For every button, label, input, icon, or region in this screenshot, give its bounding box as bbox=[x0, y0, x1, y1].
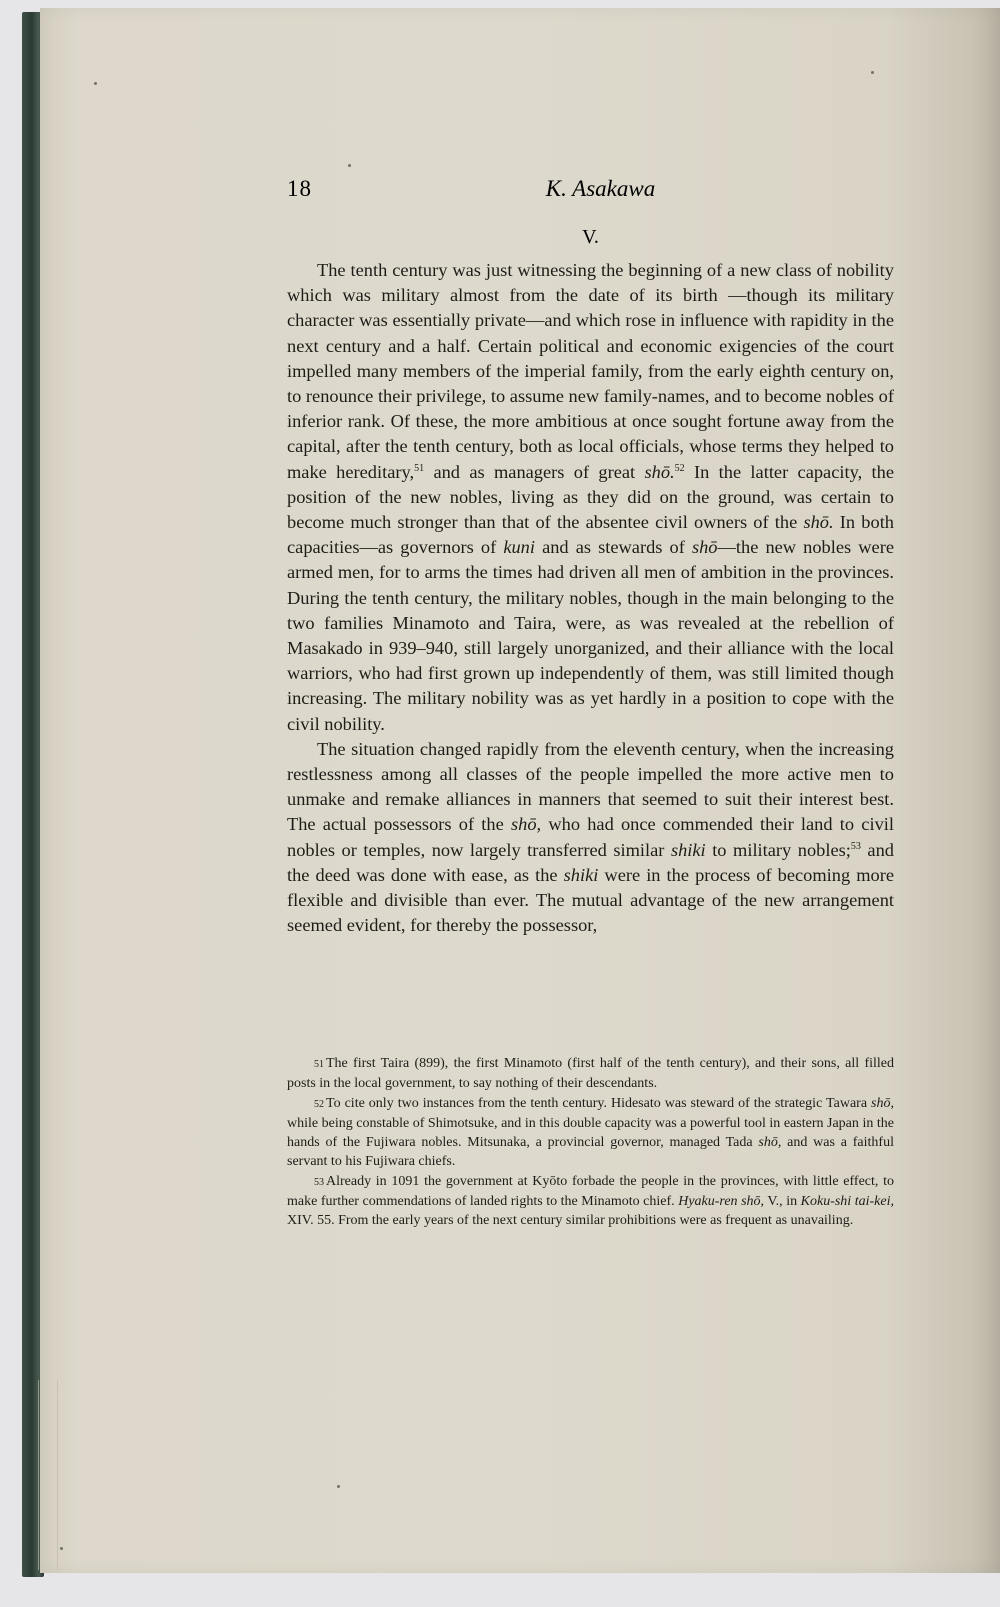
section-heading: V. bbox=[287, 226, 894, 249]
italic-term: Hyaku-ren shō, bbox=[678, 1194, 764, 1209]
paper-speck bbox=[337, 1485, 340, 1488]
paper-speck bbox=[348, 164, 351, 167]
italic-term: shiki bbox=[564, 865, 599, 885]
italic-term: shō bbox=[692, 537, 718, 557]
footnote-reference: 52 bbox=[675, 463, 685, 474]
footnote: 52To cite only two instances from the te… bbox=[287, 1094, 894, 1172]
body-text: The tenth century was just witnessing th… bbox=[287, 258, 894, 938]
paper-speck bbox=[94, 82, 97, 85]
body-paragraph: The tenth century was just witnessing th… bbox=[287, 258, 894, 737]
italic-term: shō. bbox=[803, 512, 833, 532]
footnote-number: 53 bbox=[314, 1177, 324, 1188]
page-header: 18 K. Asakawa bbox=[287, 176, 894, 206]
footnote-reference: 51 bbox=[414, 463, 424, 474]
italic-term: kuni bbox=[503, 537, 535, 557]
italic-term: shō, bbox=[758, 1135, 781, 1150]
footnote: 53Already in 1091 the government at Kyōt… bbox=[287, 1172, 894, 1231]
page-edges bbox=[38, 1380, 58, 1570]
italic-term: shō. bbox=[645, 462, 675, 482]
footnotes: 51The first Taira (899), the first Minam… bbox=[287, 1054, 894, 1231]
body-paragraph: The situation changed rapidly from the e… bbox=[287, 737, 894, 939]
paper-speck bbox=[871, 71, 874, 74]
footnote: 51The first Taira (899), the first Minam… bbox=[287, 1054, 894, 1094]
footnote-reference: 53 bbox=[851, 841, 861, 852]
running-head-author: K. Asakawa bbox=[287, 176, 894, 202]
italic-term: shiki bbox=[671, 840, 706, 860]
footnote-number: 51 bbox=[314, 1059, 324, 1070]
italic-term: shō, bbox=[511, 814, 541, 834]
italic-term: Koku-shi tai-kei, bbox=[801, 1194, 894, 1209]
footnote-number: 52 bbox=[314, 1099, 324, 1110]
paper-speck bbox=[60, 1547, 63, 1550]
italic-term: shō, bbox=[871, 1096, 894, 1111]
